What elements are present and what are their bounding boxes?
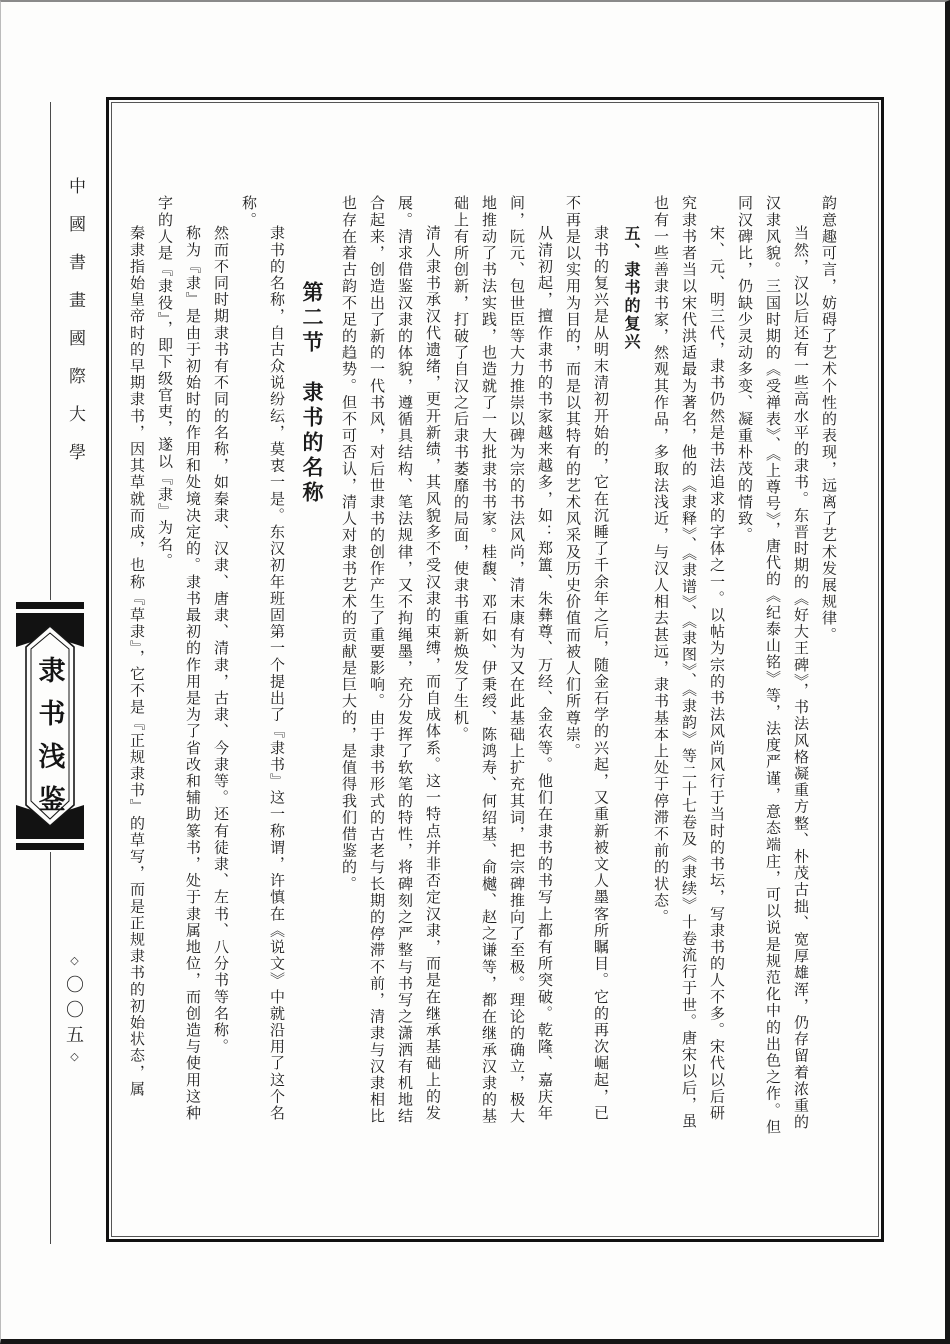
sidebar-rule-top	[50, 102, 51, 600]
content-frame: 韵意趣可言，妨碍了艺术个性的表现，远离了艺术发展规律。 当然，汉以后还有一些高水…	[106, 97, 884, 1242]
book-title: 隶书浅鉴	[31, 656, 70, 828]
paragraph: 从清初起，擅作隶书的书家越来越多，如：郑簠、朱彝尊、万经、金农等。他们在隶书的书…	[446, 195, 558, 1136]
chapter-heading-names: 第二节 隶书的名称	[298, 195, 326, 1136]
paragraph: 秦隶指始皇帝时的早期隶书，因其草就而成，也称『草隶』，它不是『正规隶书』的草写，…	[122, 195, 150, 1136]
edition-title: 中國書畫國際大學	[63, 177, 88, 481]
paragraph: 称为『隶』是由于初始时的作用和处境决定的。隶书最初的作用是为了省改和辅助篆书，处…	[150, 195, 206, 1136]
scan-page: { "colors": { "ink": "#161616", "paper":…	[0, 0, 950, 1344]
paragraph: 清人隶书承汉代遗绪，更开新绩，其风貌多不受汉隶的束缚，而自成体系。这一特点并非否…	[334, 195, 446, 1136]
page-number: ◇〇〇五◇	[61, 954, 87, 1071]
paragraph: 韵意趣可言，妨碍了艺术个性的表现，远离了艺术发展规律。	[814, 195, 842, 1136]
paragraph: 然而不同时期隶书有不同的名称，如秦隶、汉隶、唐隶、清隶，古隶、今隶等。还有徒隶、…	[206, 195, 234, 1136]
paragraph: 隶书的复兴是从明末清初开始的，它在沉睡了千余年之后，随金石学的兴起，又重新被文人…	[558, 195, 614, 1136]
text-content: 韵意趣可言，妨碍了艺术个性的表现，远离了艺术发展规律。 当然，汉以后还有一些高水…	[112, 103, 858, 1236]
paragraph: 宋、元、明三代，隶书仍然是书法追求的字体之一。以帖为宗的书法风尚风行于当时的书坛…	[646, 195, 730, 1136]
title-banner: 隶书浅鉴	[16, 602, 84, 850]
content-frame-inner: 韵意趣可言，妨碍了艺术个性的表现，远离了艺术发展规律。 当然，汉以后还有一些高水…	[111, 102, 879, 1237]
sidebar-rule-bottom	[50, 852, 51, 1244]
diamond-ornament-top-icon: ◇	[68, 954, 80, 975]
section-heading-revival: 五、隶书的复兴	[616, 195, 644, 1136]
paragraph: 当然，汉以后还有一些高水平的隶书。东晋时期的《好大王碑》，书法风格凝重方整、朴茂…	[730, 195, 814, 1136]
paragraph: 隶书的名称，自古众说纷纭，莫衷一是。东汉初年班固第一个提出了『隶书』这一称谓，许…	[234, 195, 290, 1136]
diamond-ornament-bottom-icon: ◇	[68, 1050, 80, 1071]
page-number-value: 〇〇五	[64, 975, 84, 1050]
